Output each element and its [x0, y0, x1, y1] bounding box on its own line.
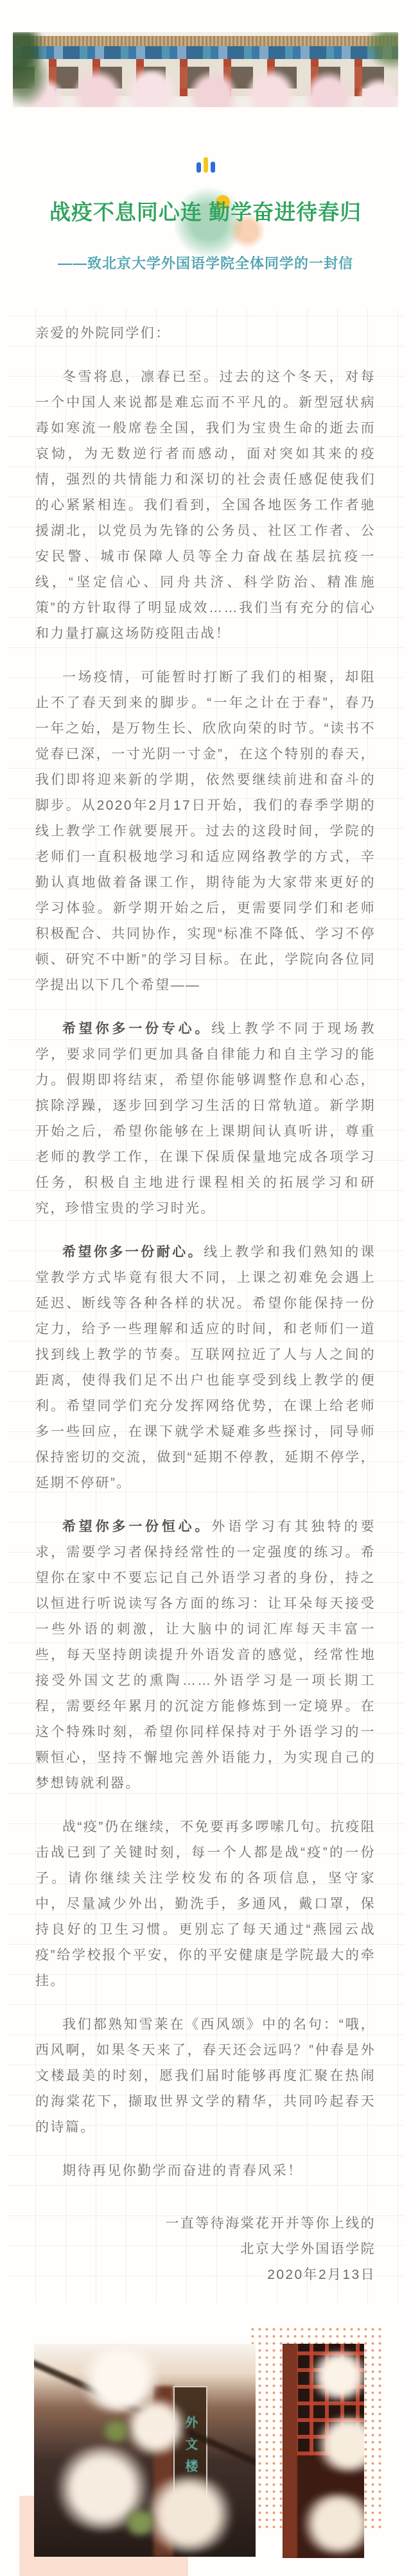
leaf-cluster — [101, 2421, 132, 2442]
title-block: 战疫不息同心连 勤学奋进待春归 — [0, 200, 411, 225]
blossom-cluster — [141, 2476, 238, 2553]
letter-paragraph: 冬雪将息，凛春已至。过去的这个冬天，对每一个中国人来说都是难忘而不平凡的。新型冠… — [35, 364, 376, 647]
paragraph-lead: 希望你多一份耐心。 — [62, 1245, 204, 1259]
letter-paragraph: 希望你多一份恒心。外语学习有其独特的要求，需要学习者保持经常性的一定强度的练习。… — [35, 1514, 376, 1796]
divider-icon — [0, 156, 411, 173]
paragraph-text: 线上教学不同于现场教学，要求同学们更加具备自律能力和自主学习的能力。假期即将结束… — [35, 1021, 376, 1216]
campus-building-photo — [13, 32, 398, 107]
paragraph-text: 期待再见你勤学而奋进的青春风采！ — [62, 2163, 302, 2178]
letter-paragraph: 战“疫”仍在继续，不免要再多啰嗦几句。抗疫阻击战已到了关键时刻，每一个人都是战“… — [35, 1814, 376, 1994]
paragraph-text: 冬雪将息，凛春已至。过去的这个冬天，对每一个中国人来说都是难忘而不平凡的。新型冠… — [35, 370, 376, 641]
photo-painted-frieze — [13, 46, 398, 59]
blossom-cluster — [307, 2352, 364, 2399]
paragraph-text: 线上教学和我们熟知的课堂教学方式毕竟有很大不同，上课之初难免会遇上延迟、断线等各… — [35, 1245, 376, 1490]
paragraph-text: 战“疫”仍在继续，不免要再多啰嗦几句。抗疫阻击战已到了关键时刻，每一个人都是战“… — [35, 1820, 376, 1988]
signoff-date: 2020年2月13日 — [35, 2262, 376, 2288]
bar-yellow-middle-icon — [204, 157, 208, 173]
photo-roof-strip — [13, 36, 398, 46]
letter-paragraph: 我们都熟知雪莱在《西风颂》中的名句：“哦，西风啊，如果冬天来了，春天还会远吗？”… — [35, 2012, 376, 2140]
article-title: 战疫不息同心连 勤学奋进待春归 — [0, 200, 411, 225]
bar-blue-right-icon — [211, 162, 215, 173]
blossom-photo-left: 外文楼 — [34, 2344, 256, 2557]
paragraph-text: 外语学习有其独特的要求，需要学习者保持经常性的一定强度的练习。希望你在家中不要忘… — [35, 1519, 376, 1791]
article-subtitle: ——致北京大学外国语学院全体同学的一封信 — [0, 255, 411, 272]
lattice-window-photo-right — [283, 2344, 364, 2558]
letter-body: 亲爱的外院同学们： 冬雪将息，凛春已至。过去的这个冬天，对每一个中国人来说都是难… — [8, 309, 403, 2303]
photo-pine-tree — [13, 32, 62, 107]
footer-photo-collage: 外文楼 — [0, 2326, 411, 2576]
photo-blossom-row — [13, 70, 398, 107]
letter-signoff: 一直等待海棠花开并等你上线的 北京大学外国语学院 2020年2月13日 — [35, 2211, 376, 2288]
paragraph-text: 一场疫情，可能暂时打断了我们的相聚，却阻止不了春天到来的脚步。“一年之计在于春”… — [35, 670, 376, 993]
letter-paragraph: 一场疫情，可能暂时打断了我们的相聚，却阻止不了春天到来的脚步。“一年之计在于春”… — [35, 665, 376, 998]
photo-tree-right — [357, 32, 398, 77]
article-page: 战疫不息同心连 勤学奋进待春归 ——致北京大学外国语学院全体同学的一封信 亲爱的… — [0, 0, 411, 2576]
paragraph-text: 我们都熟知雪莱在《西风颂》中的名句：“哦，西风啊，如果冬天来了，春天还会远吗？”… — [35, 2017, 376, 2135]
blossom-cluster — [297, 2494, 364, 2554]
letter-greeting: 亲爱的外院同学们： — [35, 321, 376, 346]
bar-blue-left-icon — [197, 162, 201, 173]
paragraph-lead: 希望你多一份专心。 — [62, 1021, 211, 1036]
red-pillar — [283, 2344, 297, 2558]
letter-paragraph: 期待再见你勤学而奋进的青春风采！ — [35, 2158, 376, 2184]
paragraph-lead: 希望你多一份恒心。 — [62, 1519, 211, 1534]
letter-paragraph: 希望你多一份耐心。线上教学和我们熟知的课堂教学方式毕竟有很大不同，上课之初难免会… — [35, 1240, 376, 1496]
letter-paragraph: 希望你多一份专心。线上教学不同于现场教学，要求同学们更加具备自律能力和自主学习的… — [35, 1016, 376, 1222]
signoff-line: 一直等待海棠花开并等你上线的 — [35, 2211, 376, 2237]
leaf-cluster — [123, 2510, 158, 2536]
blossom-cluster — [123, 2399, 189, 2454]
signoff-school: 北京大学外国语学院 — [35, 2237, 376, 2262]
